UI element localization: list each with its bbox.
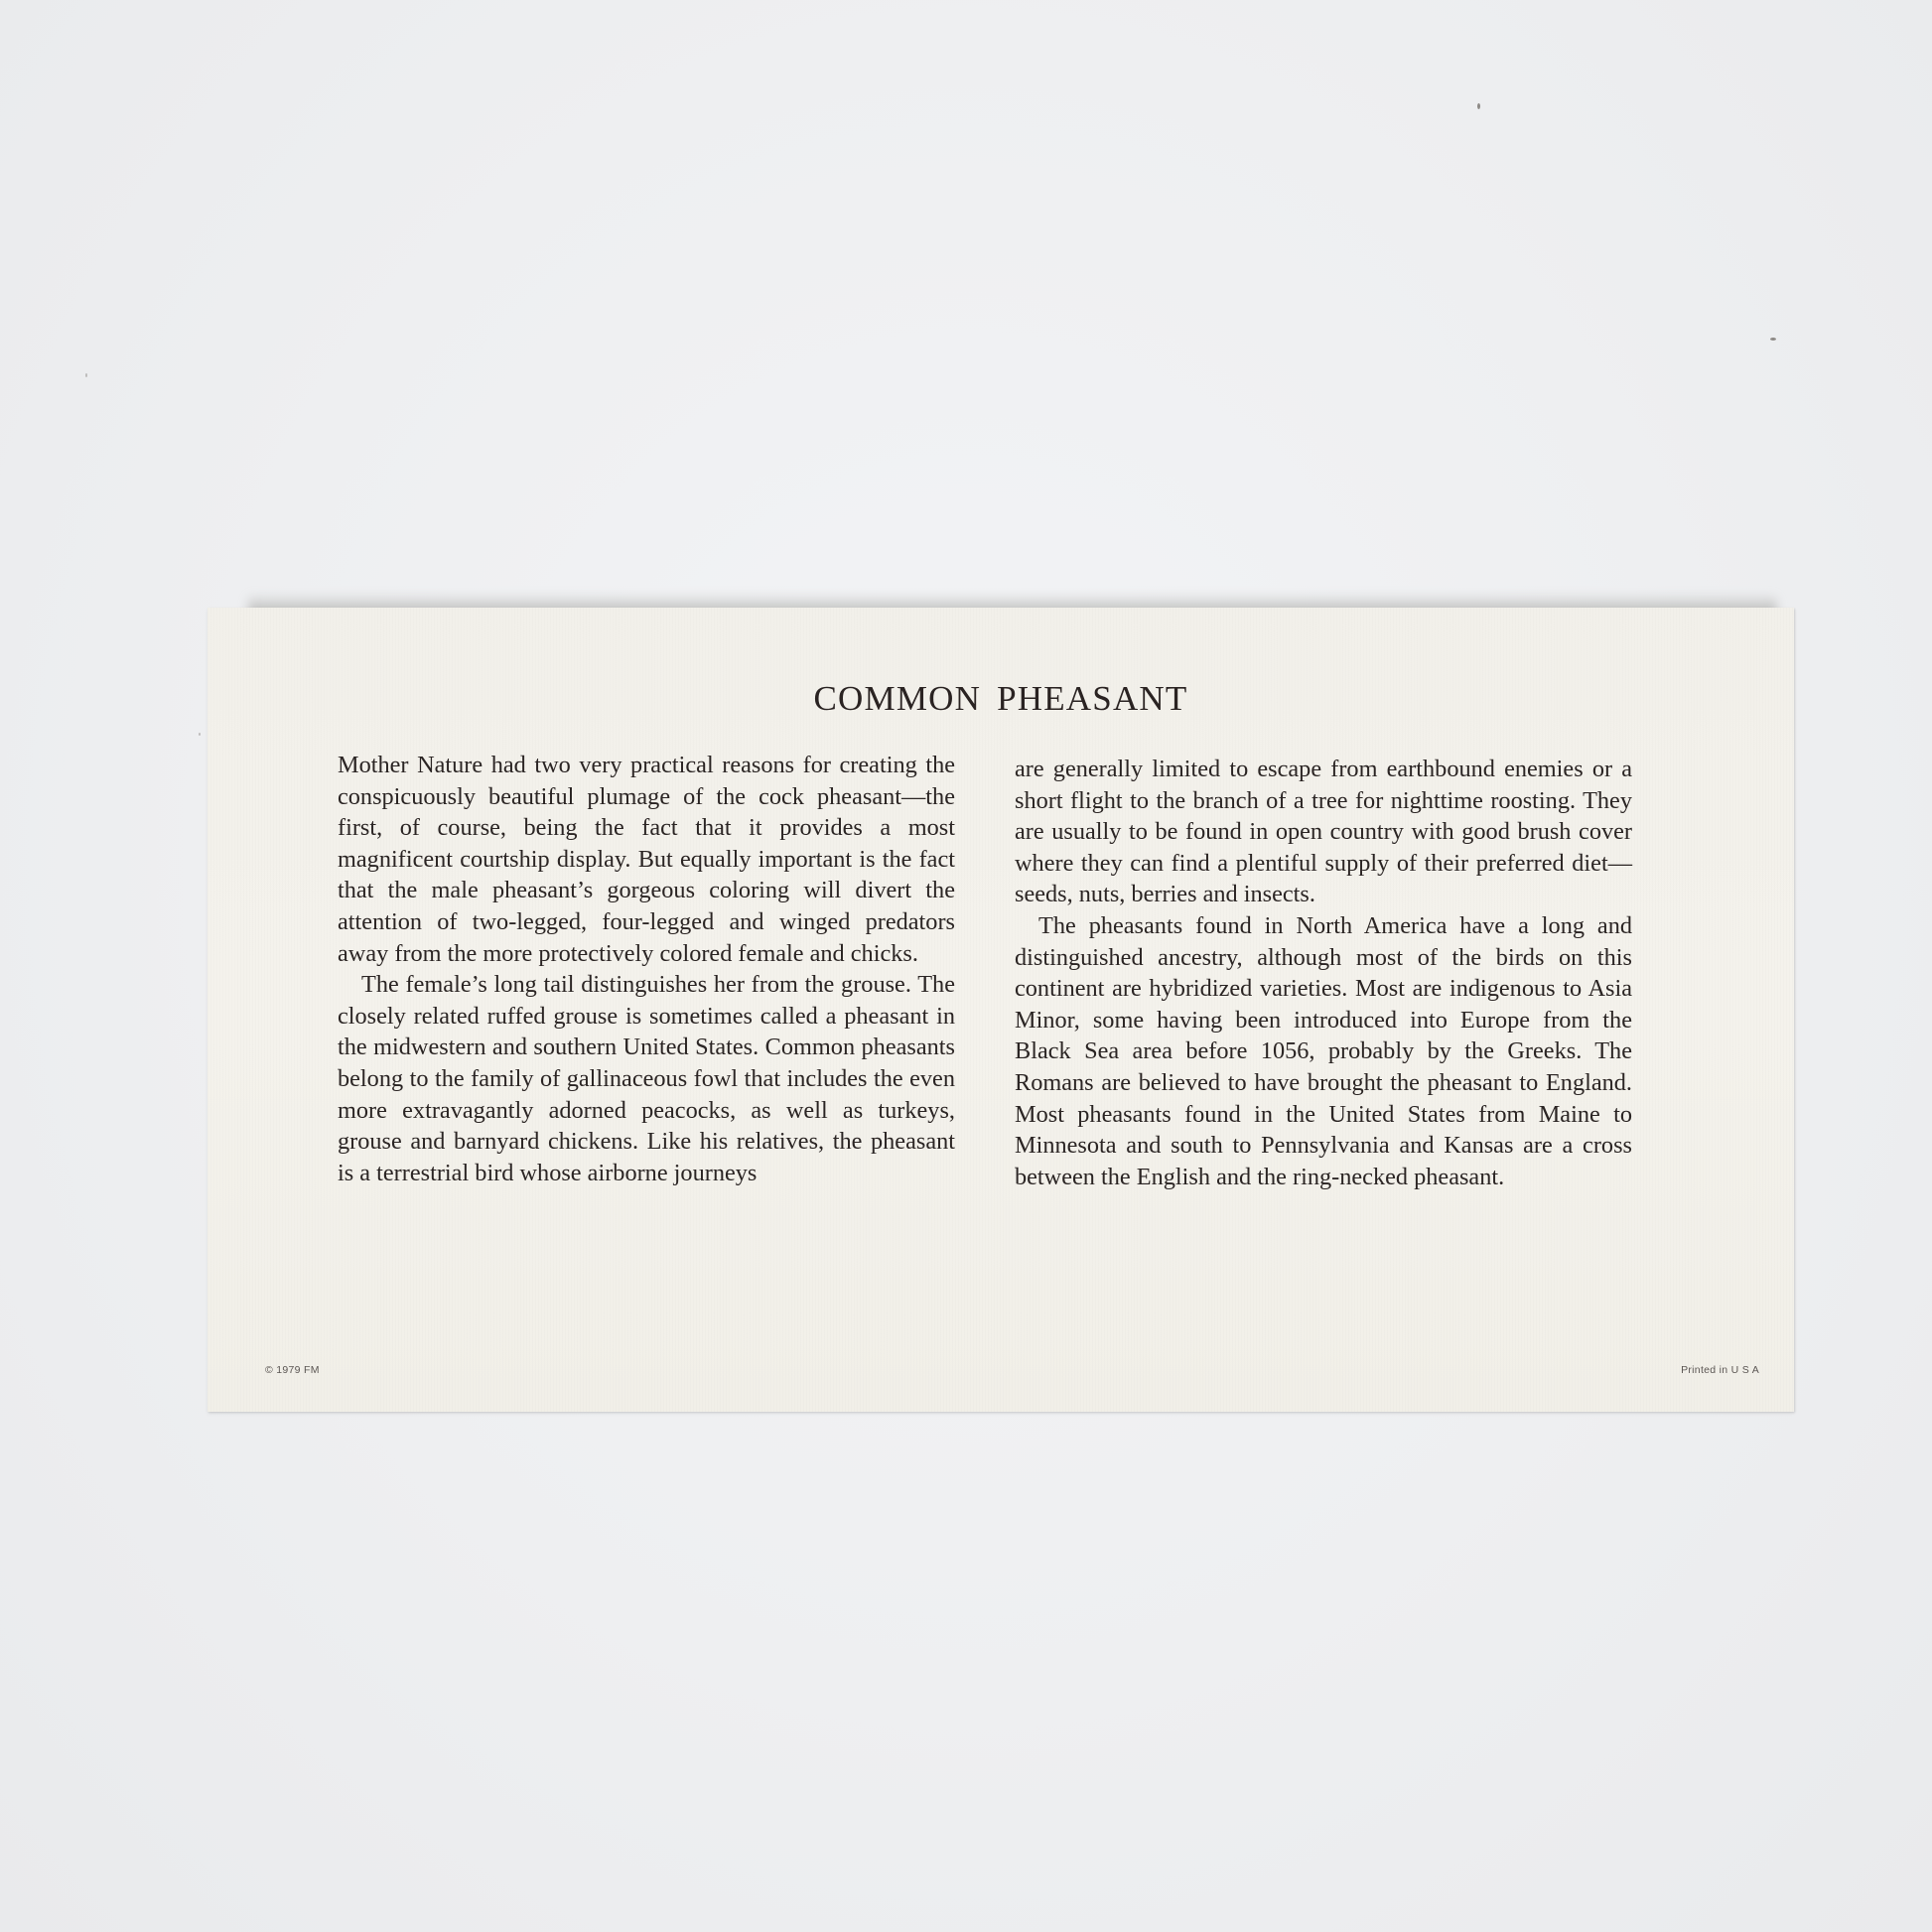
info-card: COMMON PHEASANT Mother Nature had two ve… xyxy=(207,608,1794,1412)
paragraph: The female’s long tail distinguishes her… xyxy=(338,969,955,1188)
dust-speck xyxy=(1477,103,1480,109)
copyright-notice: © 1979 FM xyxy=(265,1364,320,1376)
paragraph: Mother Nature had two very practical rea… xyxy=(338,750,955,969)
paragraph: are generally limited to escape from ear… xyxy=(1015,754,1632,910)
paragraph: The pheasants found in North America hav… xyxy=(1015,910,1632,1192)
dust-speck xyxy=(199,733,201,736)
dust-speck xyxy=(1770,338,1776,341)
left-column: Mother Nature had two very practical rea… xyxy=(338,750,955,1188)
printed-in-notice: Printed in U S A xyxy=(1681,1364,1759,1376)
card-title: COMMON PHEASANT xyxy=(207,679,1794,719)
dust-speck xyxy=(85,373,87,377)
right-column: are generally limited to escape from ear… xyxy=(1015,754,1632,1192)
